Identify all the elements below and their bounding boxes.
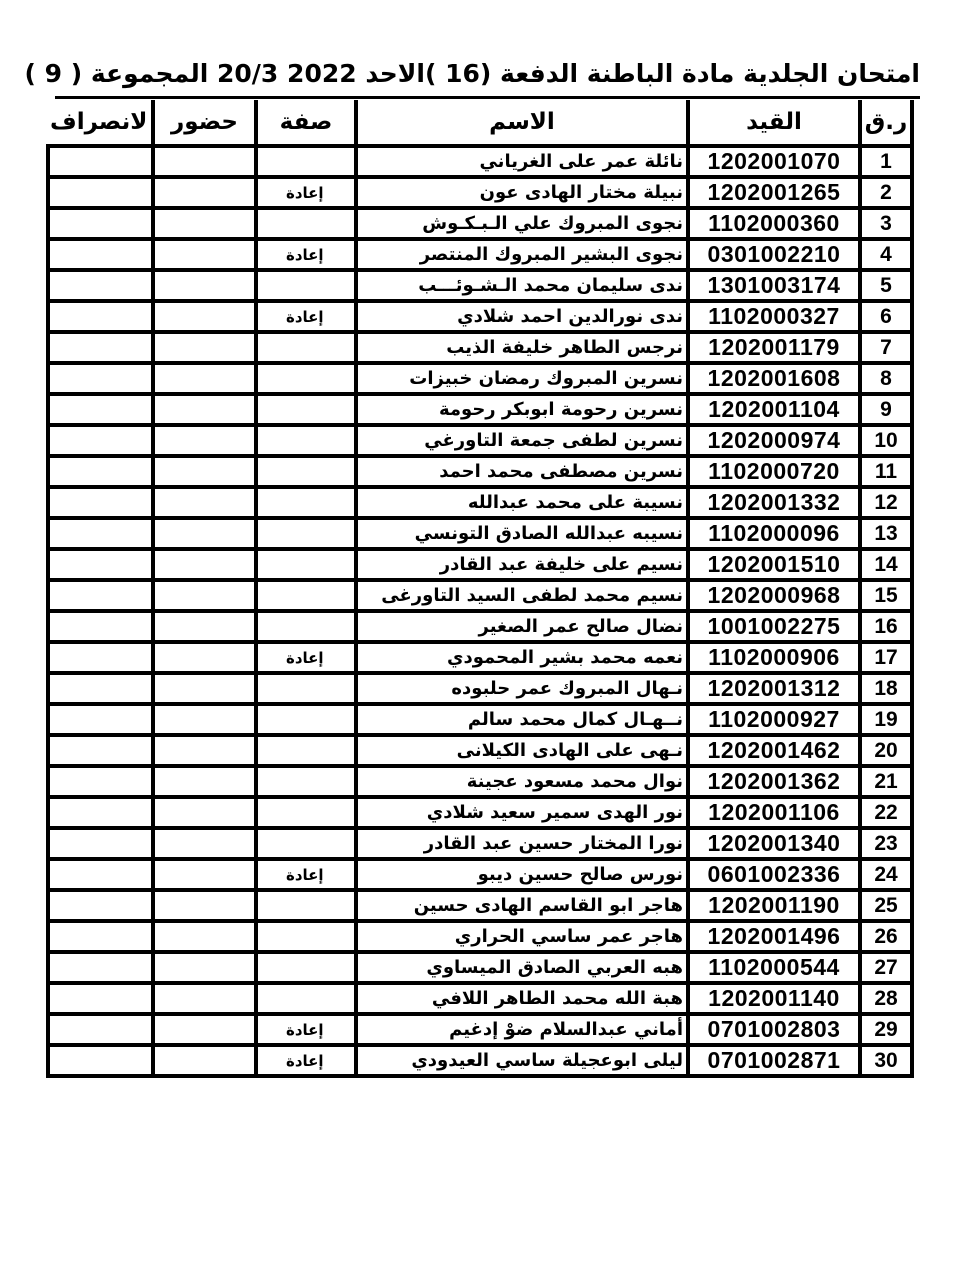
student-name: نعمه محمد بشير المحمودي (356, 642, 688, 673)
table-body: 11202001070نائلة عمر على الغرياني2120200… (48, 146, 912, 1076)
student-name: هاجر ابو القاسم الهادى حسين (356, 890, 688, 921)
column-header-attendance: حضور (153, 100, 256, 146)
student-id: 0301002210 (688, 239, 860, 270)
student-name: نائلة عمر على الغرياني (356, 146, 688, 177)
table-row: 290701002803أماني عبدالسلام ضوْ إدغيمإعا… (48, 1014, 912, 1045)
table-header-row: ر.ق القيد الاسم صفة حضور لانصراف (48, 100, 912, 146)
attendance-cell[interactable] (153, 673, 256, 704)
row-number: 14 (860, 549, 912, 580)
departure-cell[interactable] (48, 1045, 153, 1076)
row-number: 6 (860, 301, 912, 332)
row-number: 23 (860, 828, 912, 859)
column-header-status: صفة (256, 100, 356, 146)
student-id: 1202001140 (688, 983, 860, 1014)
row-number: 13 (860, 518, 912, 549)
departure-cell[interactable] (48, 611, 153, 642)
student-name: نجوى المبروك علي الـبـكـوش (356, 208, 688, 239)
attendance-cell[interactable] (153, 363, 256, 394)
row-number: 7 (860, 332, 912, 363)
departure-cell[interactable] (48, 394, 153, 425)
departure-cell[interactable] (48, 487, 153, 518)
table-row: 121202001332نسيبة على محمد عبدالله (48, 487, 912, 518)
table-row: 211202001362نوال محمد مسعود عجينة (48, 766, 912, 797)
attendance-cell[interactable] (153, 890, 256, 921)
student-id: 1102000360 (688, 208, 860, 239)
attendance-cell[interactable] (153, 177, 256, 208)
student-name: نضال صالح عمر الصغير (356, 611, 688, 642)
student-name: نوال محمد مسعود عجينة (356, 766, 688, 797)
row-number: 5 (860, 270, 912, 301)
departure-cell[interactable] (48, 146, 153, 177)
attendance-cell[interactable] (153, 549, 256, 580)
attendance-cell[interactable] (153, 983, 256, 1014)
student-name: أماني عبدالسلام ضوْ إدغيم (356, 1014, 688, 1045)
departure-cell[interactable] (48, 425, 153, 456)
column-header-id: القيد (688, 100, 860, 146)
student-id: 1102000720 (688, 456, 860, 487)
row-number: 4 (860, 239, 912, 270)
row-number: 22 (860, 797, 912, 828)
departure-cell[interactable] (48, 549, 153, 580)
attendance-cell[interactable] (153, 735, 256, 766)
student-id: 1102000544 (688, 952, 860, 983)
departure-cell[interactable] (48, 518, 153, 549)
departure-cell[interactable] (48, 890, 153, 921)
student-status (256, 611, 356, 642)
attendance-cell[interactable] (153, 859, 256, 890)
student-status: إعادة (256, 859, 356, 890)
table-row: 61102000327ندى نورالدين احمد شلاديإعادة (48, 301, 912, 332)
departure-cell[interactable] (48, 797, 153, 828)
attendance-sheet: ر.ق القيد الاسم صفة حضور لانصراف 1120200… (50, 100, 914, 1078)
student-id: 1202001070 (688, 146, 860, 177)
table-row: 11202001070نائلة عمر على الغرياني (48, 146, 912, 177)
student-id: 1202001265 (688, 177, 860, 208)
table-row: 40301002210نجوى البشير المبروك المنتصرإع… (48, 239, 912, 270)
student-id: 1102000906 (688, 642, 860, 673)
student-id: 0701002871 (688, 1045, 860, 1076)
student-status: إعادة (256, 642, 356, 673)
student-name: نور الهدى سمير سعيد شلادي (356, 797, 688, 828)
table-row: 281202001140هبة الله محمد الطاهر اللافي (48, 983, 912, 1014)
table-row: 221202001106نور الهدى سمير سعيد شلادي (48, 797, 912, 828)
attendance-cell[interactable] (153, 146, 256, 177)
student-name: هبة الله محمد الطاهر اللافي (356, 983, 688, 1014)
table-row: 71202001179نرجس الطاهر خليفة الذيب (48, 332, 912, 363)
student-status: إعادة (256, 177, 356, 208)
status-label: إعادة (286, 1021, 324, 1039)
departure-cell[interactable] (48, 208, 153, 239)
student-id: 1202001510 (688, 549, 860, 580)
student-status (256, 890, 356, 921)
table-row: 111102000720نسرين مصطفى محمد احمد (48, 456, 912, 487)
departure-cell[interactable] (48, 983, 153, 1014)
attendance-cell[interactable] (153, 239, 256, 270)
departure-cell[interactable] (48, 704, 153, 735)
student-id: 1202001179 (688, 332, 860, 363)
departure-cell[interactable] (48, 177, 153, 208)
table-row: 271102000544هبه العربي الصادق الميساوي (48, 952, 912, 983)
student-status (256, 208, 356, 239)
departure-cell[interactable] (48, 859, 153, 890)
student-status (256, 828, 356, 859)
student-status: إعادة (256, 1014, 356, 1045)
student-id: 1102000096 (688, 518, 860, 549)
student-name: نـهى على الهادى الكيلانى (356, 735, 688, 766)
student-status (256, 735, 356, 766)
attendance-cell[interactable] (153, 704, 256, 735)
table-row: 161001002275نضال صالح عمر الصغير (48, 611, 912, 642)
row-number: 20 (860, 735, 912, 766)
student-name: ندى سليمان محمد الـشـوئـــب (356, 270, 688, 301)
row-number: 27 (860, 952, 912, 983)
attendance-cell[interactable] (153, 766, 256, 797)
row-number: 26 (860, 921, 912, 952)
attendance-cell[interactable] (153, 1014, 256, 1045)
student-id: 1102000327 (688, 301, 860, 332)
row-number: 3 (860, 208, 912, 239)
student-status (256, 270, 356, 301)
student-status (256, 425, 356, 456)
row-number: 19 (860, 704, 912, 735)
departure-cell[interactable] (48, 952, 153, 983)
column-header-name: الاسم (356, 100, 688, 146)
departure-cell[interactable] (48, 301, 153, 332)
student-name: نسيبة على محمد عبدالله (356, 487, 688, 518)
student-status (256, 952, 356, 983)
departure-cell[interactable] (48, 270, 153, 301)
table-row: 151202000968نسيم محمد لطفى السيد التاورغ… (48, 580, 912, 611)
departure-cell[interactable] (48, 1014, 153, 1045)
student-status (256, 549, 356, 580)
student-name: نسيم محمد لطفى السيد التاورغى (356, 580, 688, 611)
table-row: 131102000096نسيبه عبدالله الصادق التونسي (48, 518, 912, 549)
table-row: 201202001462نـهى على الهادى الكيلانى (48, 735, 912, 766)
student-id: 1202000974 (688, 425, 860, 456)
attendance-table: ر.ق القيد الاسم صفة حضور لانصراف 1120200… (46, 100, 914, 1078)
student-name: نــهـال كمال محمد سالم (356, 704, 688, 735)
student-status (256, 797, 356, 828)
student-id: 1202001496 (688, 921, 860, 952)
student-id: 1202001106 (688, 797, 860, 828)
student-status (256, 332, 356, 363)
attendance-cell[interactable] (153, 642, 256, 673)
table-row: 21202001265نبيلة مختار الهادى عونإعادة (48, 177, 912, 208)
student-name: نسيم على خليفة عبد القادر (356, 549, 688, 580)
student-name: نورس صالح حسين ديبو (356, 859, 688, 890)
attendance-cell[interactable] (153, 611, 256, 642)
table-row: 141202001510نسيم على خليفة عبد القادر (48, 549, 912, 580)
student-name: نـهال المبروك عمر حلبوده (356, 673, 688, 704)
row-number: 8 (860, 363, 912, 394)
student-name: نرجس الطاهر خليفة الذيب (356, 332, 688, 363)
table-row: 51301003174ندى سليمان محمد الـشـوئـــب (48, 270, 912, 301)
student-status (256, 673, 356, 704)
student-id: 1102000927 (688, 704, 860, 735)
attendance-cell[interactable] (153, 394, 256, 425)
student-status (256, 580, 356, 611)
student-status (256, 983, 356, 1014)
row-number: 10 (860, 425, 912, 456)
student-status (256, 363, 356, 394)
student-status (256, 487, 356, 518)
table-row: 91202001104نسرين رحومة ابوبكر رحومة (48, 394, 912, 425)
student-name: هبه العربي الصادق الميساوي (356, 952, 688, 983)
student-id: 1001002275 (688, 611, 860, 642)
student-id: 1202001190 (688, 890, 860, 921)
student-id: 1202001104 (688, 394, 860, 425)
table-row: 300701002871ليلى ابوعجيلة ساسي العيدوديإ… (48, 1045, 912, 1076)
student-name: نبيلة مختار الهادى عون (356, 177, 688, 208)
student-id: 1202001462 (688, 735, 860, 766)
student-id: 1202001362 (688, 766, 860, 797)
attendance-cell[interactable] (153, 518, 256, 549)
student-name: نسرين رحومة ابوبكر رحومة (356, 394, 688, 425)
attendance-cell[interactable] (153, 425, 256, 456)
row-number: 28 (860, 983, 912, 1014)
student-status: إعادة (256, 1045, 356, 1076)
student-id: 0601002336 (688, 859, 860, 890)
table-row: 31102000360نجوى المبروك علي الـبـكـوش (48, 208, 912, 239)
table-row: 231202001340نورا المختار حسين عبد القادر (48, 828, 912, 859)
student-status (256, 518, 356, 549)
student-name: نسرين لطفى جمعة التاورغي (356, 425, 688, 456)
attendance-cell[interactable] (153, 270, 256, 301)
student-name: نورا المختار حسين عبد القادر (356, 828, 688, 859)
row-number: 12 (860, 487, 912, 518)
attendance-cell[interactable] (153, 456, 256, 487)
row-number: 18 (860, 673, 912, 704)
student-status (256, 456, 356, 487)
attendance-cell[interactable] (153, 487, 256, 518)
attendance-cell[interactable] (153, 208, 256, 239)
status-label: إعادة (286, 866, 324, 884)
attendance-cell[interactable] (153, 797, 256, 828)
departure-cell[interactable] (48, 332, 153, 363)
student-name: ندى نورالدين احمد شلادي (356, 301, 688, 332)
departure-cell[interactable] (48, 828, 153, 859)
row-number: 16 (860, 611, 912, 642)
student-name: هاجر عمر ساسي الحراري (356, 921, 688, 952)
attendance-cell[interactable] (153, 952, 256, 983)
student-status: إعادة (256, 301, 356, 332)
student-id: 1202000968 (688, 580, 860, 611)
attendance-cell[interactable] (153, 921, 256, 952)
status-label: إعادة (286, 649, 324, 667)
student-id: 0701002803 (688, 1014, 860, 1045)
attendance-cell[interactable] (153, 1045, 256, 1076)
departure-cell[interactable] (48, 239, 153, 270)
student-id: 1202001340 (688, 828, 860, 859)
column-header-departure: لانصراف (48, 100, 153, 146)
departure-cell[interactable] (48, 673, 153, 704)
student-name: نجوى البشير المبروك المنتصر (356, 239, 688, 270)
table-row: 251202001190هاجر ابو القاسم الهادى حسين (48, 890, 912, 921)
table-row: 171102000906نعمه محمد بشير المحموديإعادة (48, 642, 912, 673)
departure-cell[interactable] (48, 921, 153, 952)
status-label: إعادة (286, 246, 324, 264)
student-status (256, 921, 356, 952)
row-number: 15 (860, 580, 912, 611)
student-status (256, 146, 356, 177)
student-id: 1202001312 (688, 673, 860, 704)
attendance-cell[interactable] (153, 301, 256, 332)
student-status (256, 394, 356, 425)
departure-cell[interactable] (48, 766, 153, 797)
attendance-cell[interactable] (153, 580, 256, 611)
table-row: 261202001496هاجر عمر ساسي الحراري (48, 921, 912, 952)
attendance-cell[interactable] (153, 332, 256, 363)
departure-cell[interactable] (48, 580, 153, 611)
row-number: 30 (860, 1045, 912, 1076)
departure-cell[interactable] (48, 735, 153, 766)
status-label: إعادة (286, 184, 324, 202)
row-number: 11 (860, 456, 912, 487)
student-name: نسرين المبروك رمضان خبيزات (356, 363, 688, 394)
table-row: 101202000974نسرين لطفى جمعة التاورغي (48, 425, 912, 456)
row-number: 2 (860, 177, 912, 208)
status-label: إعادة (286, 1052, 324, 1070)
row-number: 24 (860, 859, 912, 890)
table-row: 81202001608نسرين المبروك رمضان خبيزات (48, 363, 912, 394)
table-row: 240601002336نورس صالح حسين ديبوإعادة (48, 859, 912, 890)
status-label: إعادة (286, 308, 324, 326)
attendance-cell[interactable] (153, 828, 256, 859)
student-status (256, 704, 356, 735)
departure-cell[interactable] (48, 642, 153, 673)
row-number: 17 (860, 642, 912, 673)
column-header-num: ر.ق (860, 100, 912, 146)
row-number: 1 (860, 146, 912, 177)
student-name: ليلى ابوعجيلة ساسي العيدودي (356, 1045, 688, 1076)
table-row: 181202001312نـهال المبروك عمر حلبوده (48, 673, 912, 704)
student-id: 1202001608 (688, 363, 860, 394)
departure-cell[interactable] (48, 456, 153, 487)
student-name: نسرين مصطفى محمد احمد (356, 456, 688, 487)
row-number: 9 (860, 394, 912, 425)
row-number: 29 (860, 1014, 912, 1045)
departure-cell[interactable] (48, 363, 153, 394)
student-id: 1202001332 (688, 487, 860, 518)
row-number: 25 (860, 890, 912, 921)
student-name: نسيبه عبدالله الصادق التونسي (356, 518, 688, 549)
student-id: 1301003174 (688, 270, 860, 301)
page-title: امتحان الجلدية مادة الباطنة الدفعة (16 )… (55, 54, 920, 99)
table-row: 191102000927نــهـال كمال محمد سالم (48, 704, 912, 735)
student-status (256, 766, 356, 797)
row-number: 21 (860, 766, 912, 797)
student-status: إعادة (256, 239, 356, 270)
